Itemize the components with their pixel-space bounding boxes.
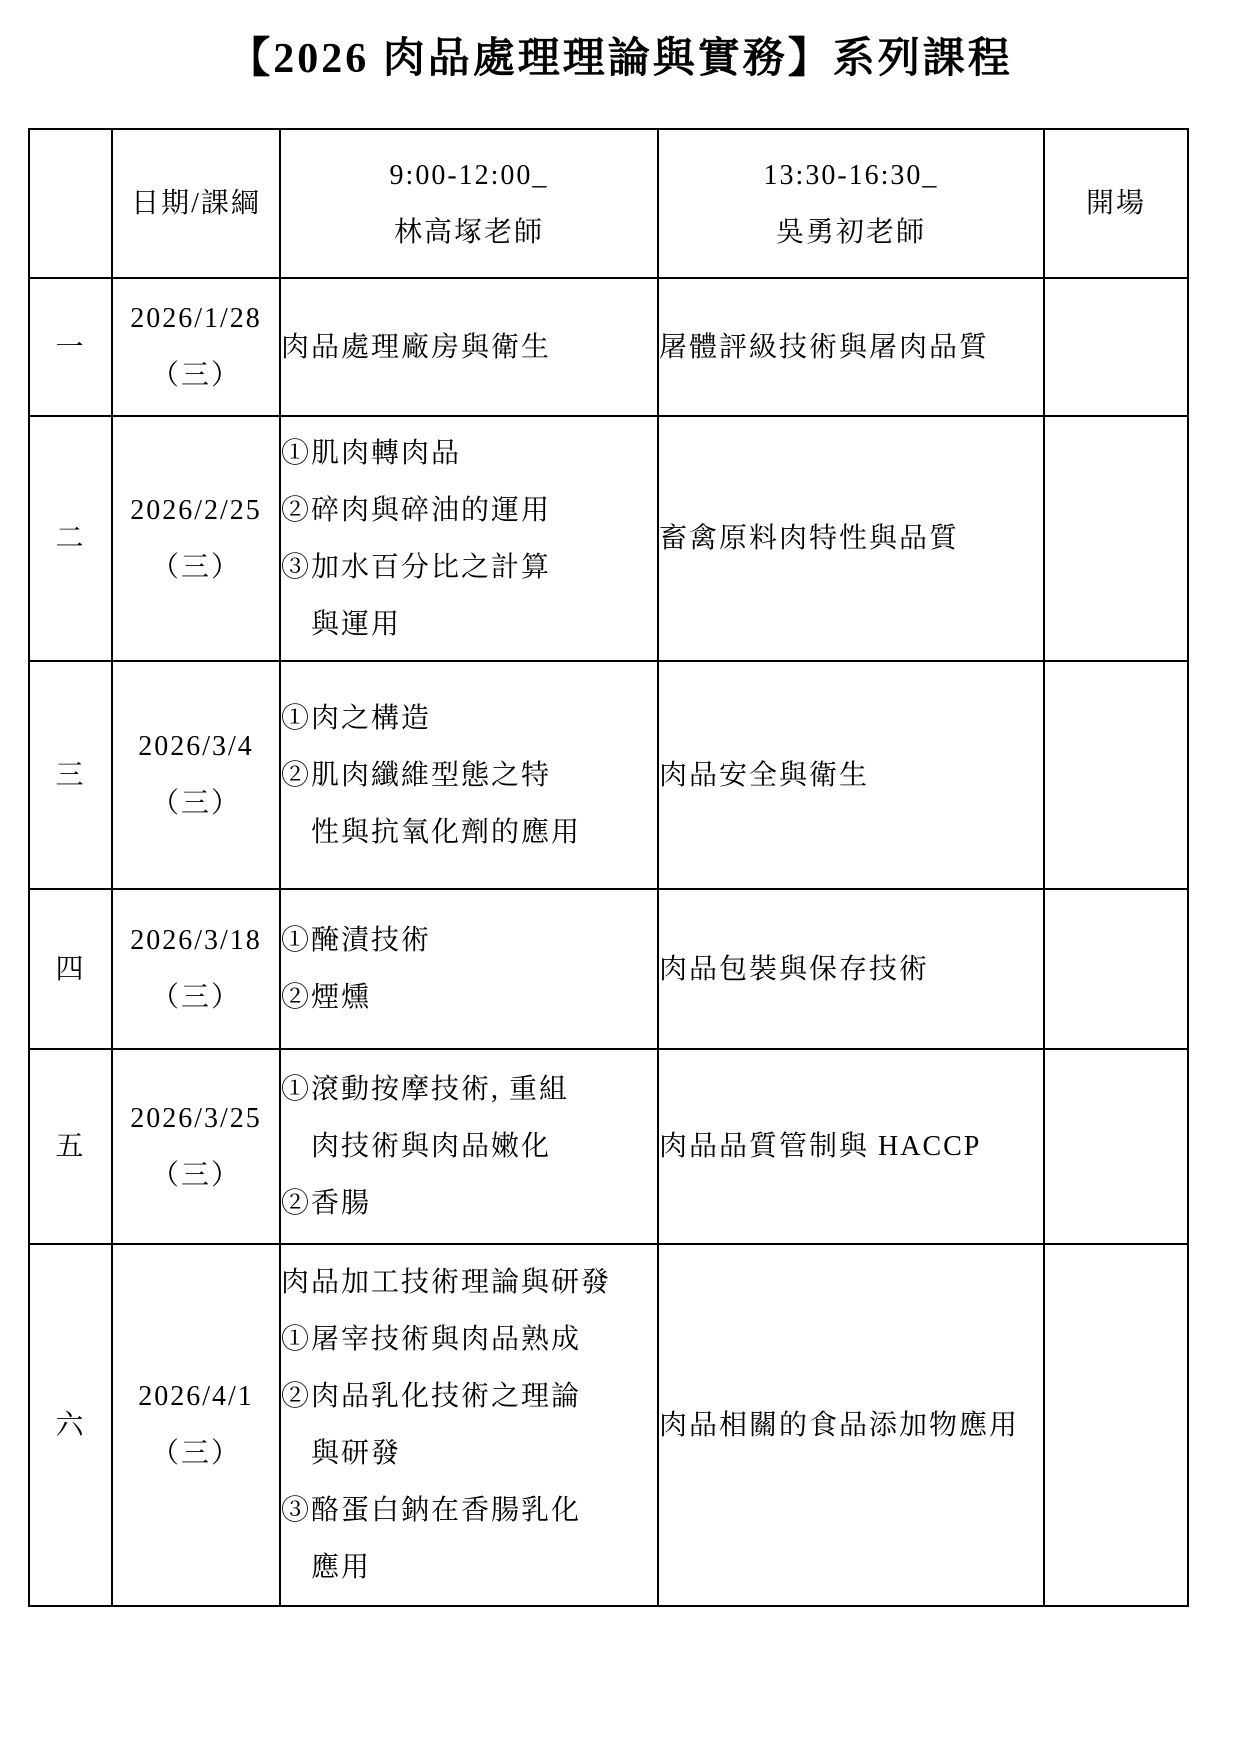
row-number-cell: 五	[29, 1049, 112, 1244]
date-text: 2026/4/1	[113, 1368, 279, 1425]
weekday-text: （三）	[113, 1425, 279, 1482]
date-cell: 2026/2/25 （三）	[112, 416, 280, 661]
weekday-text: （三）	[113, 347, 279, 404]
morning-topic-cell: 肉品處理廠房與衛生	[280, 278, 658, 416]
row-number-cell: 三	[29, 661, 112, 889]
date-cell: 2026/3/18 （三）	[112, 889, 280, 1049]
header-opening-cell: 開場	[1044, 129, 1188, 278]
table-row: 六 2026/4/1 （三） 肉品加工技術理論與研發 ①屠宰技術與肉品熟成 ②肉…	[29, 1244, 1188, 1606]
date-cell: 2026/3/25 （三）	[112, 1049, 280, 1244]
morning-topic-cell: ①滾動按摩技術, 重組 肉技術與肉品嫩化 ②香腸	[280, 1049, 658, 1244]
date-cell: 2026/3/4 （三）	[112, 661, 280, 889]
opening-cell	[1044, 278, 1188, 416]
date-text: 2026/3/4	[113, 718, 279, 775]
row-number-cell: 六	[29, 1244, 112, 1606]
afternoon-topic-cell: 肉品相關的食品添加物應用	[658, 1244, 1044, 1606]
afternoon-topic-cell: 肉品品質管制與 HACCP	[658, 1049, 1044, 1244]
morning-topic-cell: ①醃漬技術 ②煙燻	[280, 889, 658, 1049]
row-number-cell: 一	[29, 278, 112, 416]
date-cell: 2026/1/28 （三）	[112, 278, 280, 416]
page-title: 【2026 肉品處理理論與實務】系列課程	[0, 28, 1241, 90]
date-cell: 2026/4/1 （三）	[112, 1244, 280, 1606]
date-text: 2026/1/28	[113, 290, 279, 347]
header-corner-cell	[29, 129, 112, 278]
morning-topic-cell: ①肌肉轉肉品 ②碎肉與碎油的運用 ③加水百分比之計算 與運用	[280, 416, 658, 661]
opening-cell	[1044, 1244, 1188, 1606]
row-number-cell: 二	[29, 416, 112, 661]
date-text: 2026/3/25	[113, 1090, 279, 1147]
opening-cell	[1044, 1049, 1188, 1244]
weekday-text: （三）	[113, 539, 279, 596]
morning-time-label: 9:00-12:00_	[281, 147, 657, 204]
header-afternoon-cell: 13:30-16:30_ 吳勇初老師	[658, 129, 1044, 278]
opening-cell	[1044, 661, 1188, 889]
afternoon-topic-cell: 畜禽原料肉特性與品質	[658, 416, 1044, 661]
table-row: 四 2026/3/18 （三） ①醃漬技術 ②煙燻 肉品包裝與保存技術	[29, 889, 1188, 1049]
header-morning-cell: 9:00-12:00_ 林高塚老師	[280, 129, 658, 278]
afternoon-teacher-label: 吳勇初老師	[659, 204, 1043, 261]
header-row: 日期/課綱 9:00-12:00_ 林高塚老師 13:30-16:30_ 吳勇初…	[29, 129, 1188, 278]
header-date-cell: 日期/課綱	[112, 129, 280, 278]
course-schedule-table: 日期/課綱 9:00-12:00_ 林高塚老師 13:30-16:30_ 吳勇初…	[28, 128, 1189, 1607]
table-row: 五 2026/3/25 （三） ①滾動按摩技術, 重組 肉技術與肉品嫩化 ②香腸…	[29, 1049, 1188, 1244]
opening-cell	[1044, 889, 1188, 1049]
table-row: 二 2026/2/25 （三） ①肌肉轉肉品 ②碎肉與碎油的運用 ③加水百分比之…	[29, 416, 1188, 661]
date-text: 2026/3/18	[113, 912, 279, 969]
afternoon-topic-cell: 肉品安全與衛生	[658, 661, 1044, 889]
table-row: 一 2026/1/28 （三） 肉品處理廠房與衛生 屠體評級技術與屠肉品質	[29, 278, 1188, 416]
weekday-text: （三）	[113, 1147, 279, 1204]
date-text: 2026/2/25	[113, 482, 279, 539]
opening-cell	[1044, 416, 1188, 661]
morning-teacher-label: 林高塚老師	[281, 204, 657, 261]
weekday-text: （三）	[113, 775, 279, 832]
afternoon-topic-cell: 屠體評級技術與屠肉品質	[658, 278, 1044, 416]
table-row: 三 2026/3/4 （三） ①肉之構造 ②肌肉纖維型態之特 性與抗氧化劑的應用…	[29, 661, 1188, 889]
weekday-text: （三）	[113, 969, 279, 1026]
afternoon-topic-cell: 肉品包裝與保存技術	[658, 889, 1044, 1049]
afternoon-time-label: 13:30-16:30_	[659, 147, 1043, 204]
morning-topic-cell: ①肉之構造 ②肌肉纖維型態之特 性與抗氧化劑的應用	[280, 661, 658, 889]
morning-topic-cell: 肉品加工技術理論與研發 ①屠宰技術與肉品熟成 ②肉品乳化技術之理論 與研發 ③酪…	[280, 1244, 658, 1606]
row-number-cell: 四	[29, 889, 112, 1049]
